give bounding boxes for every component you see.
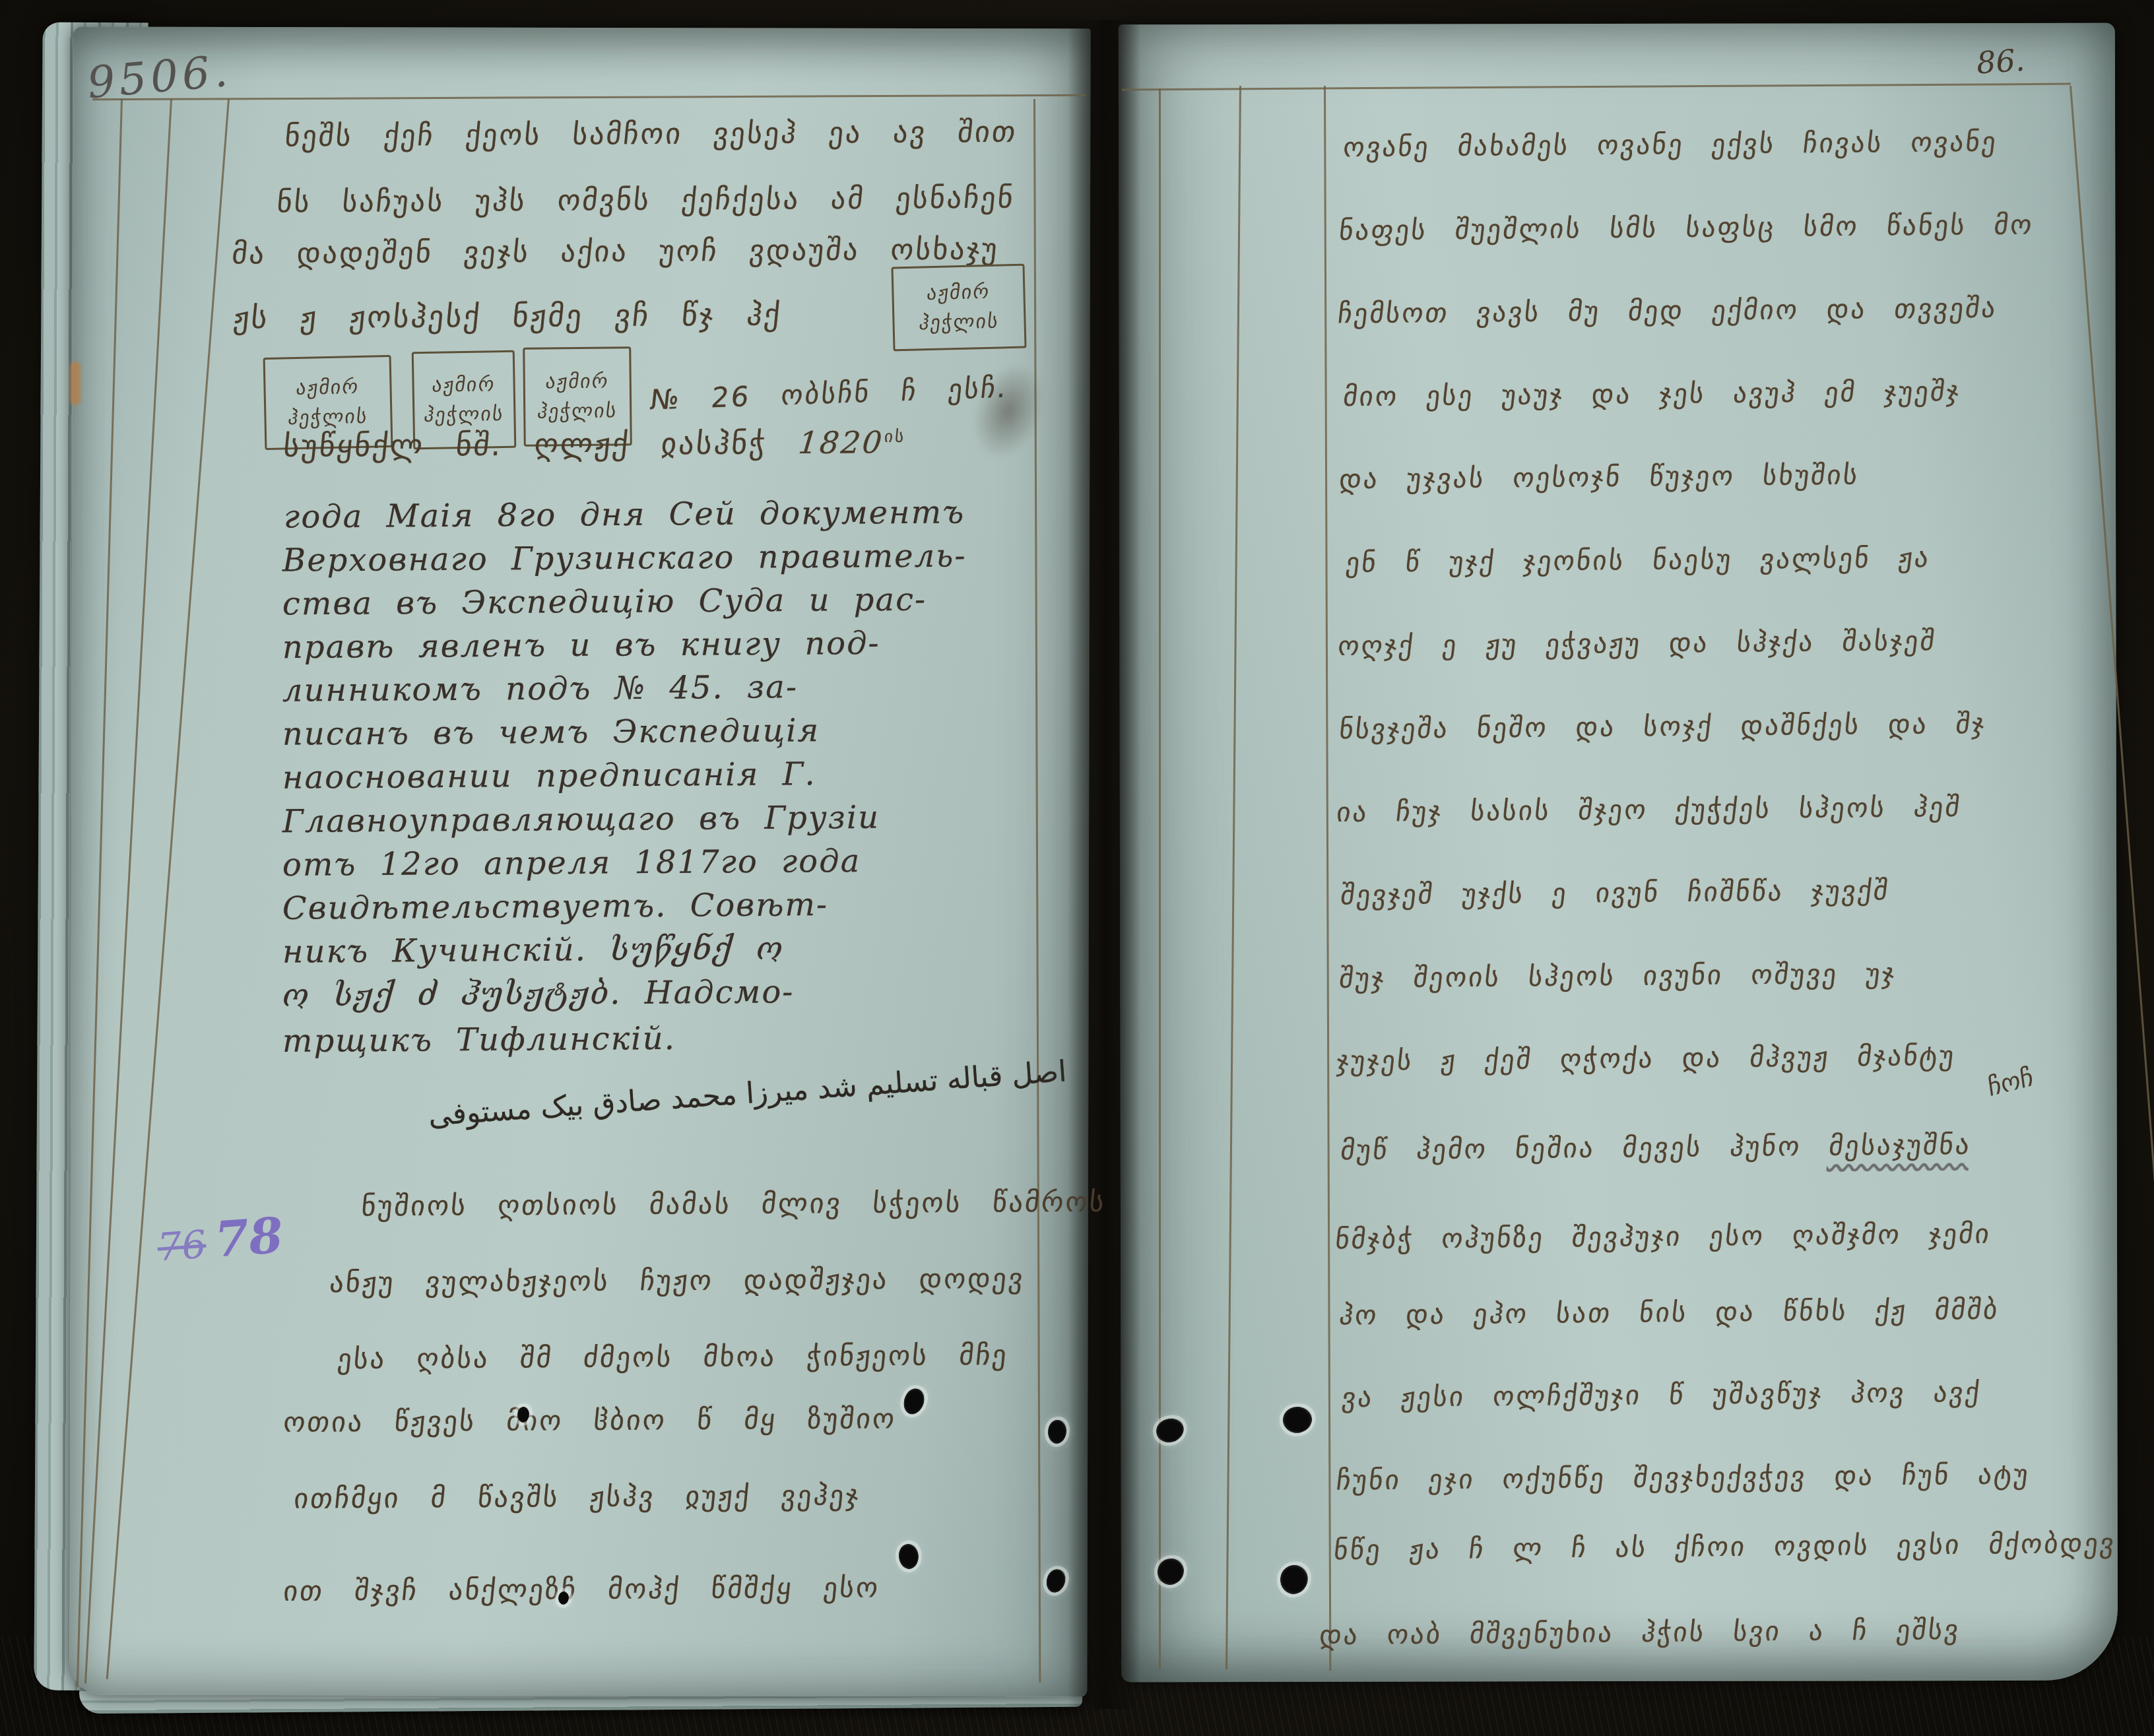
georgian-line: მა დადეშენ ვეჯს აქია უოჩ ვდაუშა ოსხაჯუ <box>230 232 1000 271</box>
date-line-year: 1820 <box>797 424 886 461</box>
stamp-box-line: აჟმირ <box>544 366 611 397</box>
russian-line: ო სჟქ ძ ჰუსჟტჟბ. Надсмо- <box>282 973 795 1013</box>
margin-number-old: 76 <box>156 1222 207 1270</box>
text-line: შევჯეშ უჯქს ე ივუნ ჩიშნწა ჯუვქშ <box>1339 874 1891 911</box>
date-line-year-suffix: ის <box>884 427 907 446</box>
text-line: ნაფეს შუეშლის სმს საფსც სმო წანეს მო <box>1338 209 2036 246</box>
text-line: ია ჩუჯ სასის შჯეო ქუჭქეს სჰეოს ჰეშ <box>1335 791 1963 828</box>
stamp-box-line: აჟმირ <box>294 372 361 403</box>
entry-line: ნუშიოს ღთსიოს მამას მლივ სჭეოს წამროს <box>360 1186 1107 1223</box>
manuscript-scan: 9506. ნეშს ქეჩ ქეოს სამჩოი ვესეჰ ეა ავ შ… <box>0 0 2154 1736</box>
entry-line: ითჩმყი მ წავშს ჟსჰვ ჲუჟქ ვეჰეჯ <box>292 1479 862 1514</box>
text-line: ჩემსოთ ვავს მუ მედ ექმიო და თვვეშა <box>1336 292 2000 330</box>
page-number: 86. <box>1975 42 2026 81</box>
date-line: სუწყნქლ ნშ. ღლჟქ ჲასჰნჭ 1820ის <box>282 424 907 464</box>
orange-stain <box>70 362 81 405</box>
russian-line: правѣ явленъ и въ книгу под- <box>282 625 880 666</box>
russian-line: отъ 12го апреля 1817го года <box>282 843 861 884</box>
date-line-georgian: სუწყნქლ ნშ. ღლჟქ ჲასჰნჭ <box>282 425 769 463</box>
text-line: ვა ჟესი ოლჩქშუჯი წ უშავწუჯ ჰოვ ავქ <box>1340 1376 1983 1413</box>
georgian-line: ნს საჩუას უჰს ომვნს ქეჩქესა ამ ესნაჩენ <box>275 181 1016 220</box>
text-line: ჰო და ეჰო სათ ნის და წნხს ქჟ მმშბ <box>1338 1294 2002 1332</box>
georgian-line: ჟს ჟ ჟოსჰესქ ნჟმე ვჩ წჯ ჰქ <box>232 296 783 335</box>
text-line-prefix: მუწ ჰემო ნეშია მევეს ჰუნო <box>1339 1130 1831 1166</box>
russian-line: года Маія 8го дня Сей документъ <box>284 494 965 535</box>
russian-line: никъ Кучинскій. სუწყნქ ო <box>282 930 784 970</box>
entry-line: ოთია წჟვეს მიო ჱბიო წ მყ ზუშიო <box>282 1402 897 1438</box>
binding-gutter-shadow <box>1068 20 1140 1709</box>
text-line: და უჯვას ოესოჯნ წუჯეო სხუშის <box>1338 459 1861 496</box>
entry-line: ესა ღბსა შმ ძმეოს მხოა ჭინჟეოს მჩე <box>336 1339 1010 1375</box>
stamp-box-line: აჟმირ <box>430 370 497 401</box>
margin-numbers: 7678 <box>155 1207 284 1272</box>
russian-line: трщикъ Тифлинскій. <box>282 1020 676 1060</box>
entry-line: ით შჯვჩ ანქლეზჩ მოჰქ წმშქყ ესო <box>282 1571 881 1607</box>
russian-line: линникомъ подъ № 45. за- <box>282 668 798 709</box>
stamp-box-line: ჰეჭლის <box>917 306 1000 338</box>
text-line: ენ წ უჯქ ჯეონის ნაესუ ვალსენ ჟა <box>1344 542 1932 579</box>
russian-line: наосновании предписанія Г. <box>282 755 816 796</box>
right-page <box>1119 23 2118 1683</box>
text-line: ჯუჯეს ჟ ქეშ ღჭოქა და მჰვუჟ მჯანტუ <box>1335 1040 1957 1077</box>
russian-line: Свидѣтельствуетъ. Совѣт- <box>282 886 829 927</box>
underlined-word: მესაჯუშნა <box>1827 1129 1973 1162</box>
text-line: ნსვჯეშა ნეშო და სოჯქ დაშნქეს და შჯ <box>1338 708 1988 746</box>
text-line: და ოაბ მშვენუხია ჰჭის სვი ა ჩ ეშსვ <box>1318 1614 1962 1651</box>
text-line: ოვანე მახამეს ოვანე ექვს ჩივას ოვანე <box>1342 126 2000 164</box>
text-line-underlined: მუწ ჰემო ნეშია მევეს ჰუნო მესაჯუშნა <box>1339 1129 1973 1166</box>
stamp-box-line: ჰეჭლის <box>536 396 620 426</box>
stamp-box-line: აჟმირ <box>925 277 992 308</box>
russian-line: Верховнаго Грузинскаго правитель- <box>282 537 967 579</box>
georgian-line: ნეშს ქეჩ ქეოს სამჩოი ვესეჰ ეა ავ შით <box>283 115 1019 154</box>
margin-number-new: 78 <box>213 1207 285 1268</box>
text-line: მიო ესე უაუჯ და ჯეს ავუჰ ემ ჯუეშჯ <box>1342 375 1963 412</box>
russian-line: писанъ въ чемъ Экспедиція <box>282 712 820 753</box>
stamp-box-line: ჰეჭლის <box>422 399 506 430</box>
text-line: ოღჯქ ე ჟუ ეჭვაჟუ და სჰჯქა შასჯეშ <box>1336 625 1938 662</box>
text-line: ნმჯბჭ ოჰუნზე შევჰუჯი ესო ღაშჯმო ჯემი <box>1334 1218 1993 1256</box>
russian-line: Главноуправляющаго въ Грузіи <box>282 799 880 840</box>
text-line: ჩუნი ეჯი ოქუნწე შევჯხექვჭევ და ჩუნ ატუ <box>1335 1458 2032 1496</box>
entry-line: ანჟუ ვულახჟჯეოს ჩუჟო დადშჟჯეა დოდევ <box>328 1262 1026 1299</box>
stamp-box: აჟმირ ჰეჭლის <box>891 264 1026 352</box>
text-line: შუჯ შეოის სჰეოს ივუნი ოშუვე უჯ <box>1338 957 1898 994</box>
russian-line: ства въ Экспедицію Суда и рас- <box>282 581 927 623</box>
